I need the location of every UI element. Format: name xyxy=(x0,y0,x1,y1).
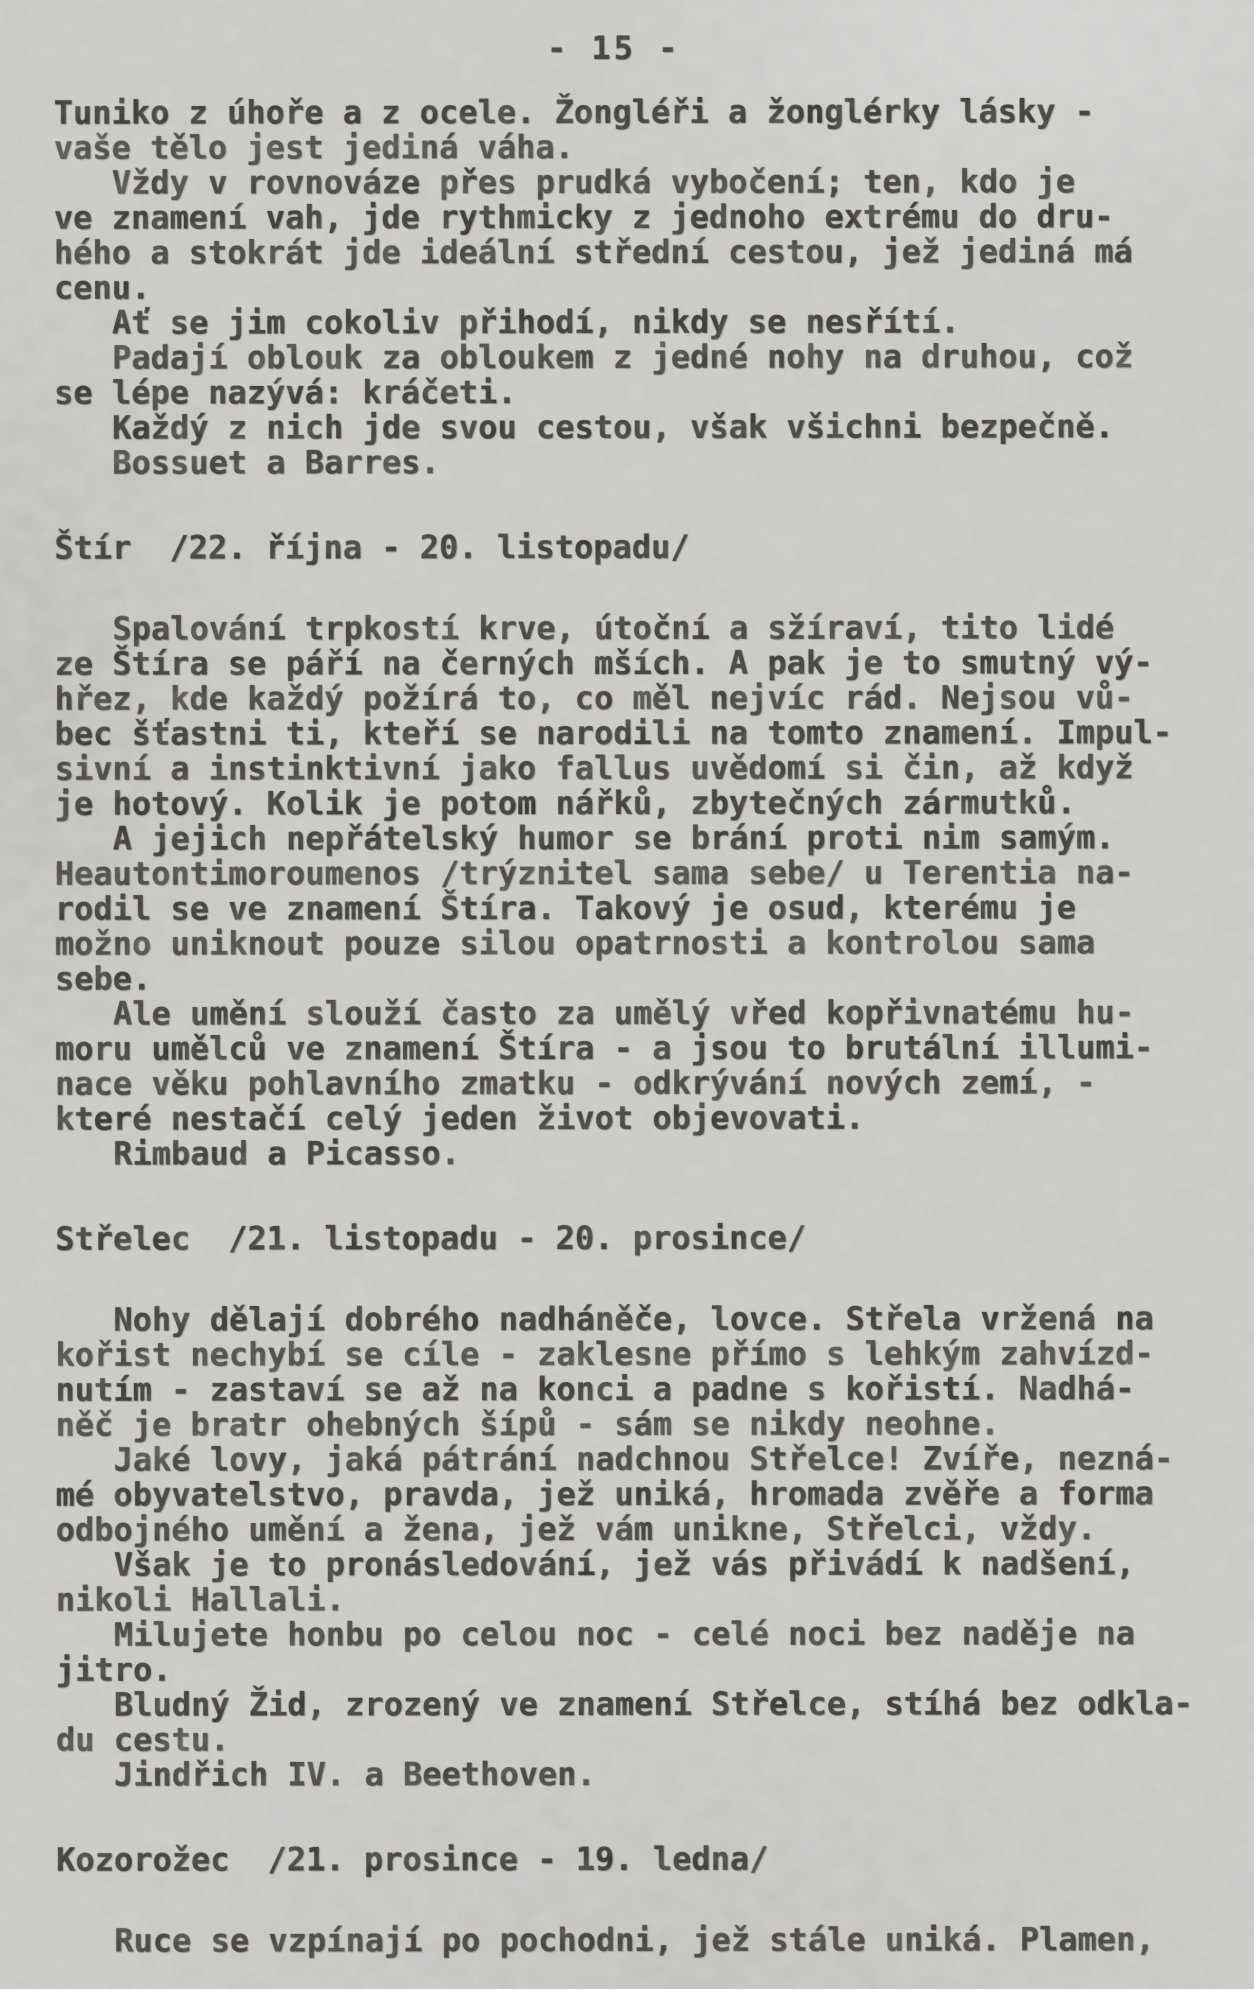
paragraph: Jindřich IV. a Beethoven. xyxy=(56,1756,1176,1793)
paragraph: Ale umění slouží často za umělý vřed kop… xyxy=(55,995,1175,1137)
text-line: moru umělců ve znamení Štíra - a jsou to… xyxy=(55,1030,1175,1067)
zodiac-date-range: /22. října - 20. listopadu/ xyxy=(169,528,689,567)
paragraph: Ruce se vzpínají po pochodni, jež stále … xyxy=(56,1922,1176,1959)
text-line: Jaké lovy, jaká pátrání nadchnou Střelce… xyxy=(56,1441,1176,1478)
paragraph: Tuniko z úhoře a z ocele. Žongléři a žon… xyxy=(54,94,1174,166)
text-line: hřez, kde každý požírá to, co měl nejvíc… xyxy=(55,680,1175,717)
section-heading: Štír/22. října - 20. listopadu/ xyxy=(54,529,1174,566)
paragraph: Bossuet a Barres. xyxy=(54,444,1174,481)
typewritten-text-area: - 15 - Tuniko z úhoře a z ocele. Žongléř… xyxy=(54,30,1177,1959)
text-line: Tuniko z úhoře a z ocele. Žongléři a žon… xyxy=(54,94,1174,131)
text-line: cenu. xyxy=(54,269,1174,306)
text-line: jitro. xyxy=(56,1651,1176,1688)
paragraph: Bludný Žid, zrozený ve znamení Střelce, … xyxy=(56,1686,1176,1758)
page-number: - 15 - xyxy=(54,30,1174,67)
text-line: Rimbaud a Picasso. xyxy=(55,1135,1175,1172)
text-line: A jejich nepřátelský humor se brání prot… xyxy=(55,820,1175,857)
text-line: Ruce se vzpínají po pochodni, jež stále … xyxy=(56,1922,1176,1959)
text-line: něč je bratr ohebných šípů - sám se nikd… xyxy=(56,1406,1176,1443)
text-line: Každý z nich jde svou cestou, však všich… xyxy=(54,409,1174,446)
text-line: bec šťastni ti, kteří se narodili na tom… xyxy=(55,715,1175,752)
paragraph: A jejich nepřátelský humor se brání prot… xyxy=(55,820,1175,997)
paragraph: Však je to pronásledování, jež vás přivá… xyxy=(56,1546,1176,1618)
text-line: Spalování trpkostí krve, útoční a sžírav… xyxy=(54,610,1174,647)
text-line: Heautontimoroumenos /trýznitel sama sebe… xyxy=(55,855,1175,892)
paragraph: Nohy dělají dobrého nadháněče, lovce. St… xyxy=(55,1301,1175,1443)
text-line: mé obyvatelstvo, pravda, jež uniká, hrom… xyxy=(56,1476,1176,1513)
text-line: Jindřich IV. a Beethoven. xyxy=(56,1756,1176,1793)
text-line: sebe. xyxy=(55,960,1175,997)
paragraph: Padají oblouk za obloukem z jedné nohy n… xyxy=(54,339,1174,411)
text-line: Padají oblouk za obloukem z jedné nohy n… xyxy=(54,339,1174,376)
text-line: vaše tělo jest jediná váha. xyxy=(54,129,1174,166)
paragraph: Jaké lovy, jaká pátrání nadchnou Střelce… xyxy=(56,1441,1176,1548)
text-line: Bossuet a Barres. xyxy=(54,444,1174,481)
text-line: Však je to pronásledování, jež vás přivá… xyxy=(56,1546,1176,1583)
paragraph: Spalování trpkostí krve, útoční a sžírav… xyxy=(54,610,1174,822)
text-line: Bludný Žid, zrozený ve znamení Střelce, … xyxy=(56,1686,1176,1723)
paragraph: Rimbaud a Picasso. xyxy=(55,1135,1175,1172)
zodiac-sign-name: Střelec xyxy=(55,1220,190,1258)
text-line: možno uniknout pouze silou opatrnosti a … xyxy=(55,925,1175,962)
section-heading: Kozorožec/21. prosince - 19. ledna/ xyxy=(56,1841,1176,1878)
text-line: Vždy v rovnováze přes prudká vybočení; t… xyxy=(54,164,1174,201)
paragraph: Vždy v rovnováze přes prudká vybočení; t… xyxy=(54,164,1174,306)
zodiac-sign-name: Kozorožec xyxy=(56,1841,229,1879)
paragraph: Ať se jim cokoliv přihodí, nikdy se nesř… xyxy=(54,304,1174,341)
section-heading: Střelec/21. listopadu - 20. prosince/ xyxy=(55,1220,1175,1257)
scanned-document-page: - 15 - Tuniko z úhoře a z ocele. Žongléř… xyxy=(0,0,1254,1989)
text-line: odbojného umění a žena, jež vám unikne, … xyxy=(56,1511,1176,1548)
text-line: hého a stokrát jde ideální střední cesto… xyxy=(54,234,1174,271)
text-line: ve znamení vah, jde rythmicky z jednoho … xyxy=(54,199,1174,236)
text-line: Milujete honbu po celou noc - celé noci … xyxy=(56,1616,1176,1653)
text-line: nace věku pohlavního zmatku - odkrývání … xyxy=(55,1065,1175,1102)
zodiac-date-range: /21. listopadu - 20. prosince/ xyxy=(228,1219,806,1258)
zodiac-sign-name: Štír xyxy=(54,529,131,567)
text-line: nutím - zastaví se až na konci a padne s… xyxy=(56,1371,1176,1408)
text-line: Ať se jim cokoliv přihodí, nikdy se nesř… xyxy=(54,304,1174,341)
text-line: kořist nechybí se cíle - zaklesne přímo … xyxy=(55,1336,1175,1373)
text-line: se lépe nazývá: kráčeti. xyxy=(54,374,1174,411)
text-line: sivní a instinktivní jako fallus uvědomí… xyxy=(55,750,1175,787)
text-line: nikoli Hallali. xyxy=(56,1581,1176,1618)
text-line: které nestačí celý jeden život objevovat… xyxy=(55,1100,1175,1137)
text-line: ze Štíra se páří na černých mších. A pak… xyxy=(55,645,1175,682)
paragraph: Každý z nich jde svou cestou, však všich… xyxy=(54,409,1174,446)
text-line: du cestu. xyxy=(56,1721,1176,1758)
text-line: rodil se ve znamení Štíra. Takový je osu… xyxy=(55,890,1175,927)
document-body: Tuniko z úhoře a z ocele. Žongléři a žon… xyxy=(54,94,1177,1959)
paragraph: Milujete honbu po celou noc - celé noci … xyxy=(56,1616,1176,1688)
text-line: je hotový. Kolik je potom nářků, zbytečn… xyxy=(55,785,1175,822)
text-line: Nohy dělají dobrého nadháněče, lovce. St… xyxy=(55,1301,1175,1338)
text-line: Ale umění slouží často za umělý vřed kop… xyxy=(55,995,1175,1032)
zodiac-date-range: /21. prosince - 19. ledna/ xyxy=(268,1840,769,1879)
